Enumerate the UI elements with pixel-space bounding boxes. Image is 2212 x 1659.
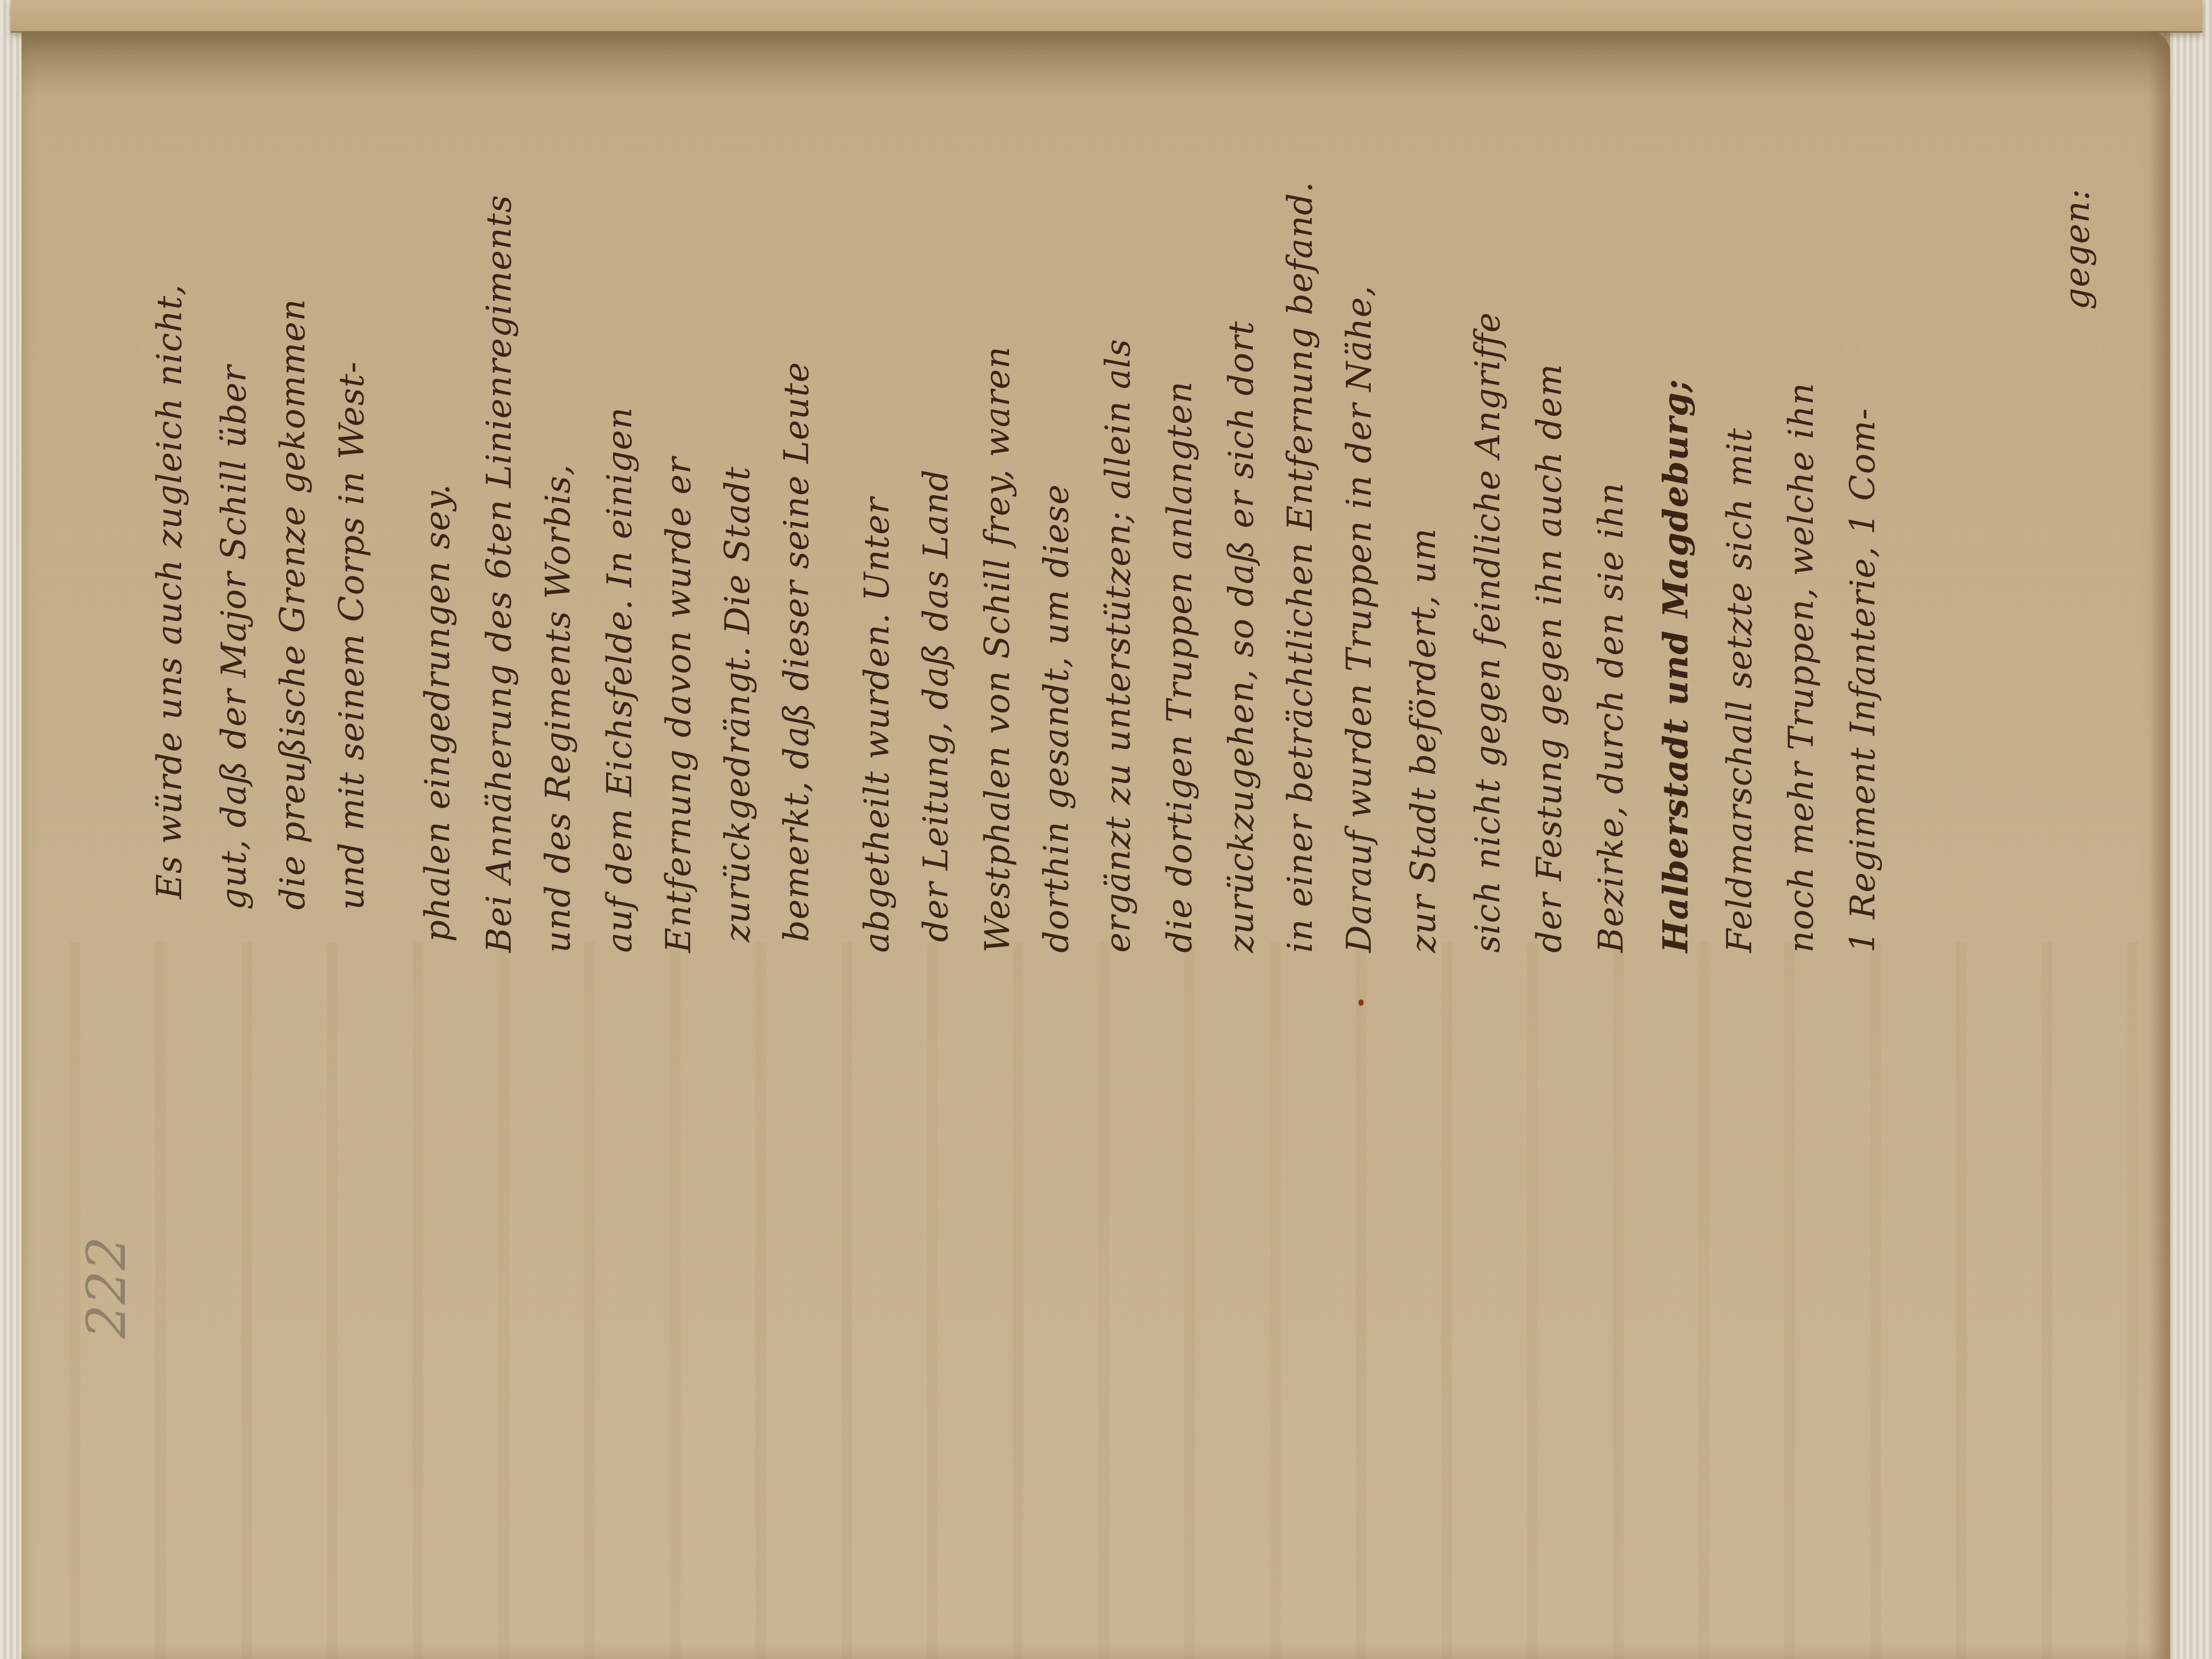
- manuscript-line: der Leitung, daß das Land: [916, 469, 956, 942]
- manuscript-line: sich nicht gegen feindliche Angriffe: [1468, 312, 1508, 953]
- manuscript-line: Bei Annäherung des 6ten Linienregiments: [480, 195, 519, 953]
- manuscript-line: Feldmarschall setzte sich mit: [1720, 428, 1760, 953]
- manuscript-line: in einer beträchtlichen Entfernung befan…: [1281, 181, 1320, 953]
- manuscript-line: Entfernung davon wurde er: [659, 457, 699, 953]
- manuscript-line: Westphalen von Schill frey, waren: [978, 346, 1018, 953]
- manuscript-line: auf dem Eichsfelde. In einigen: [600, 407, 640, 953]
- manuscript-line: zurückgedrängt. Die Stadt: [718, 466, 758, 942]
- paper-foxing: [21, 942, 2170, 1659]
- manuscript-line: Halberstadt und Magdeburg;: [1656, 379, 1696, 953]
- ink-spot: [1358, 999, 1364, 1006]
- gutter-shadow: [21, 31, 2170, 95]
- manuscript-line: die dortigen Truppen anlangten: [1160, 381, 1200, 953]
- manuscript-line: bemerkt, daß dieser seine Leute: [777, 362, 817, 942]
- manuscript-line: und des Regiments Worbis,: [539, 464, 578, 953]
- manuscript-line: und mit seinem Corps in West-: [332, 361, 372, 910]
- manuscript-line: Darauf wurden Truppen in der Nähe,: [1340, 285, 1379, 953]
- manuscript-line: zurückzugehen, so daß er sich dort: [1222, 321, 1261, 953]
- manuscript-line: die preußische Grenze gekommen: [273, 298, 313, 910]
- manuscript-line: zur Stadt befördert, um: [1404, 528, 1444, 953]
- manuscript-line: gut, daß der Major Schill über: [214, 365, 254, 910]
- manuscript-line: phalen eingedrungen sey.: [418, 483, 458, 942]
- manuscript-line: gegen:: [2058, 189, 2097, 310]
- manuscript-line: noch mehr Truppen, welche ihn: [1782, 383, 1821, 953]
- manuscript-line: 1 Regiment Infanterie, 1 Com-: [1843, 408, 1883, 953]
- page-number: 222: [75, 1236, 138, 1339]
- manuscript-page: 222 Es würde uns auch zugleich nicht, gu…: [21, 31, 2170, 1659]
- book-cover-edge: [11, 0, 2202, 33]
- manuscript-line: ergänzt zu unterstützen; allein als: [1098, 339, 1138, 953]
- manuscript-line: Es würde uns auch zugleich nicht,: [150, 284, 190, 899]
- manuscript-line: abgetheilt wurden. Unter: [857, 497, 897, 953]
- manuscript-line: Bezirke, durch den sie ihn: [1591, 482, 1631, 953]
- manuscript-line: der Festung gegen ihn auch dem: [1530, 363, 1570, 953]
- manuscript-line: dorthin gesandt, um diese: [1037, 484, 1077, 953]
